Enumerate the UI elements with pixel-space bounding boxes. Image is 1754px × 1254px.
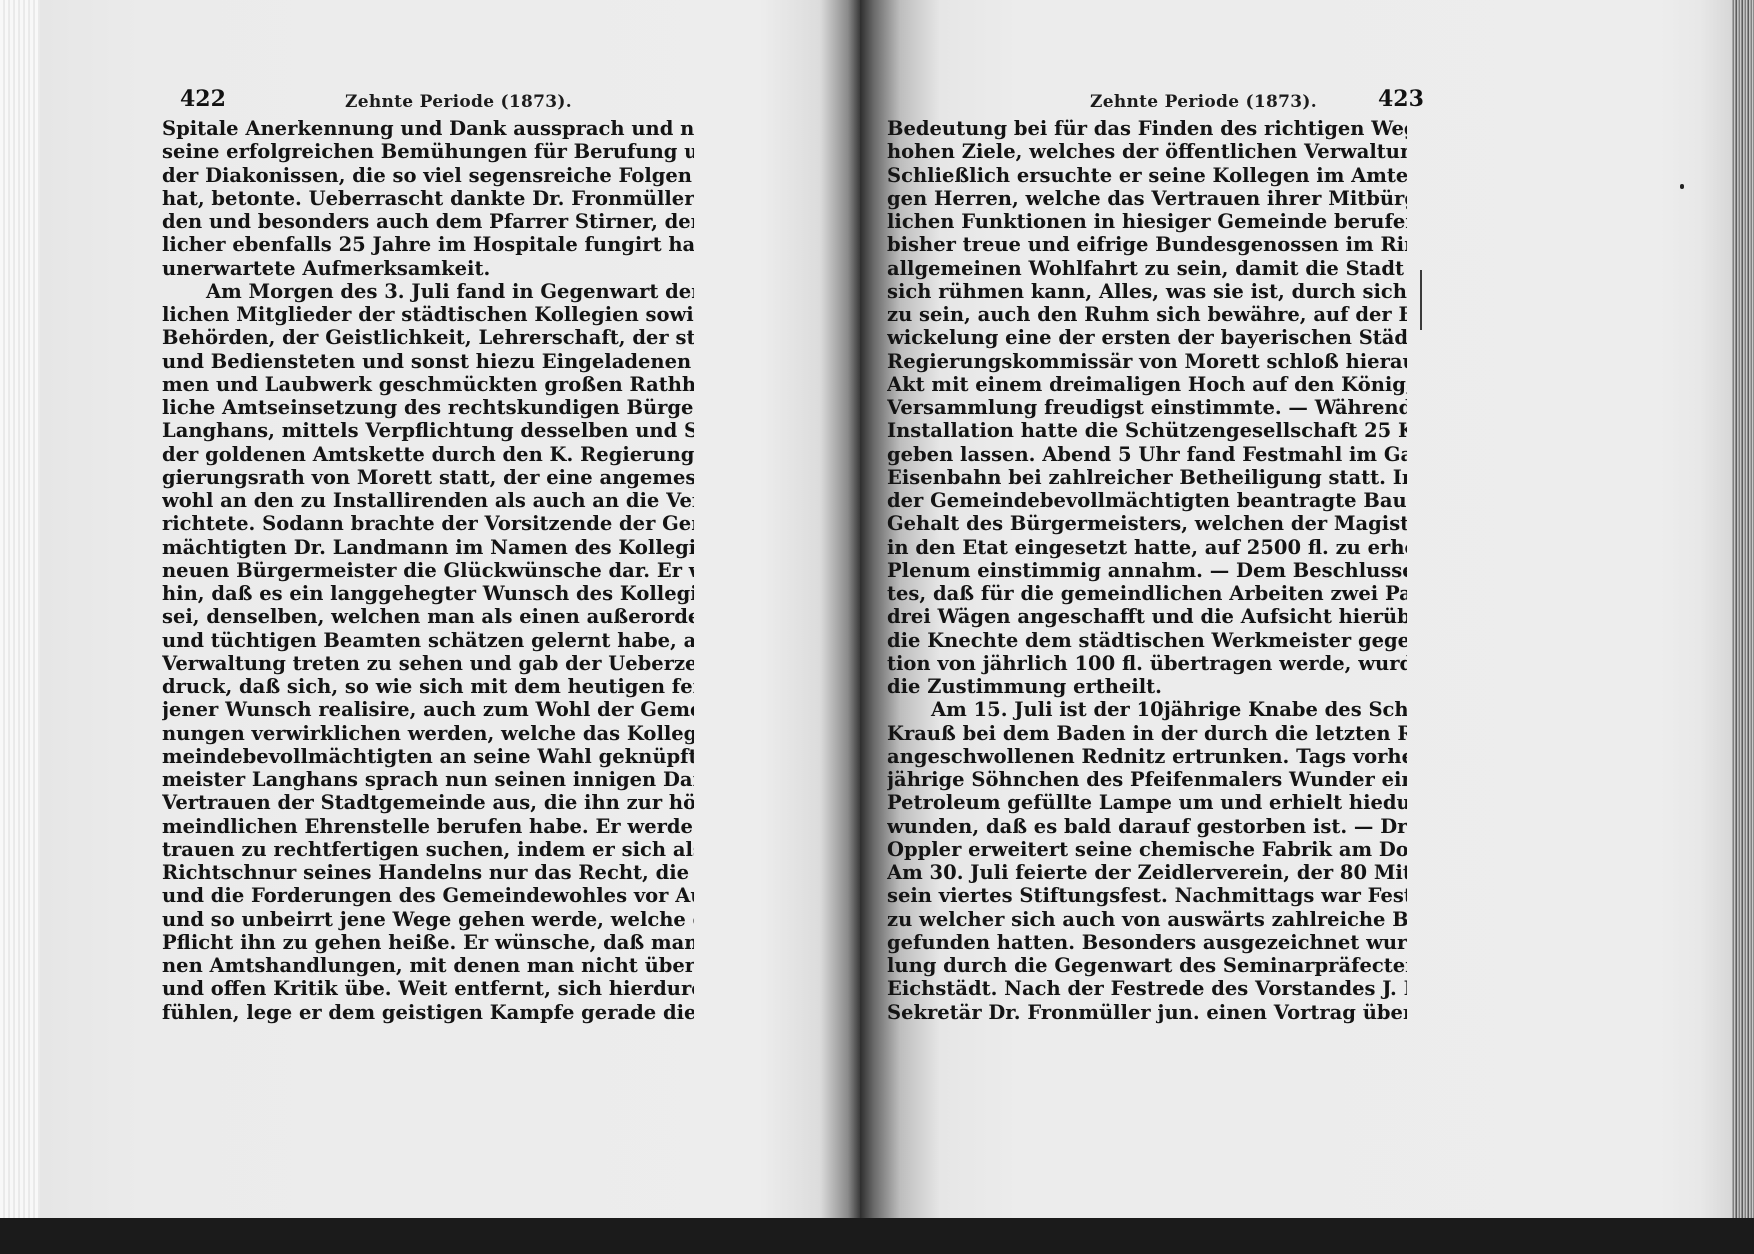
text-line: Sekretär Dr. Fronmüller jun. einen Vortr… [887, 1001, 1407, 1024]
text-line: der goldenen Amtskette durch den K. Regi… [162, 443, 694, 466]
margin-pencil-mark [1420, 270, 1422, 330]
text-line: und tüchtigen Beamten schätzen gelernt h… [162, 629, 694, 652]
text-line: drei Wägen angeschafft und die Aufsicht … [887, 605, 1407, 628]
running-title-left: Zehnte Periode (1873). [345, 88, 572, 118]
text-line: unerwartete Aufmerksamkeit. [162, 257, 694, 280]
left-page-body-text: Spitale Anerkennung und Dank aussprach u… [162, 117, 694, 1024]
page-stack-edge-left [0, 0, 40, 1240]
text-line: meindebevollmächtigten an seine Wahl gek… [162, 745, 694, 768]
text-line: allgemeinen Wohlfahrt zu sein, damit die… [887, 257, 1407, 280]
text-line: Am 30. Juli feierte der Zeidlerverein, d… [887, 861, 1407, 884]
text-line: jährige Söhnchen des Pfeifenmalers Wunde… [887, 768, 1407, 791]
text-line: der Diakonissen, die so viel segensreich… [162, 164, 694, 187]
text-line: meister Langhans sprach nun seinen innig… [162, 768, 694, 791]
text-line: trauen zu rechtfertigen suchen, indem er… [162, 838, 694, 861]
text-line: liche Amtseinsetzung des rechtskundigen … [162, 396, 694, 419]
text-line: wohl an den zu Installirenden als auch a… [162, 489, 694, 512]
text-line: hin, daß es ein langgehegter Wunsch des … [162, 582, 694, 605]
text-line: fühlen, lege er dem geistigen Kampfe ger… [162, 1001, 694, 1024]
text-line: den und besonders auch dem Pfarrer Stirn… [162, 210, 694, 233]
text-line: gierungsrath von Morett statt, der eine … [162, 466, 694, 489]
text-line: meindlichen Ehrenstelle berufen habe. Er… [162, 815, 694, 838]
text-line: wunden, daß es bald darauf gestorben ist… [887, 815, 1407, 838]
text-line: die Knechte dem städtischen Werkmeister … [887, 629, 1407, 652]
text-line: Regierungskommissär von Morett schloß hi… [887, 350, 1407, 373]
text-line: hohen Ziele, welches der öffentlichen Ve… [887, 140, 1407, 163]
text-line: jener Wunsch realisire, auch zum Wohl de… [162, 698, 694, 721]
text-line: Behörden, der Geistlichkeit, Lehrerschaf… [162, 326, 694, 349]
scan-bottom-border [0, 1218, 1754, 1240]
text-line: wickelung eine der ersten der bayerische… [887, 326, 1407, 349]
text-line: Installation hatte die Schützengesellsch… [887, 419, 1407, 442]
text-line: sich rühmen kann, Alles, was sie ist, du… [887, 280, 1407, 303]
margin-dot-mark [1680, 184, 1684, 189]
text-line: richtete. Sodann brachte der Vorsitzende… [162, 512, 694, 535]
text-line: geben lassen. Abend 5 Uhr fand Festmahl … [887, 443, 1407, 466]
text-line: Akt mit einem dreimaligen Hoch auf den K… [887, 373, 1407, 396]
text-line: hat, betonte. Ueberrascht dankte Dr. Fro… [162, 187, 694, 210]
text-line: Eichstädt. Nach der Festrede des Vorstan… [887, 977, 1407, 1000]
text-line: Spitale Anerkennung und Dank aussprach u… [162, 117, 694, 140]
text-line: in den Etat eingesetzt hatte, auf 2500 f… [887, 536, 1407, 559]
text-line: Versammlung freudigst einstimmte. — Währ… [887, 396, 1407, 419]
text-line: sei, denselben, welchen man als einen au… [162, 605, 694, 628]
text-line: nen Amtshandlungen, mit denen man nicht … [162, 954, 694, 977]
text-line: sein viertes Stiftungsfest. Nachmittags … [887, 884, 1407, 907]
text-line: und so unbeirrt jene Wege gehen werde, w… [162, 908, 694, 931]
text-line: die Zustimmung ertheilt. [887, 675, 1407, 698]
text-line: und offen Kritik übe. Weit entfernt, sic… [162, 977, 694, 1000]
running-title-right: Zehnte Periode (1873). [1090, 88, 1317, 118]
text-line: zu sein, auch den Ruhm sich bewähre, auf… [887, 303, 1407, 326]
text-line: zu welcher sich auch von auswärts zahlre… [887, 908, 1407, 931]
text-line: men und Laubwerk geschmückten großen Rat… [162, 373, 694, 396]
text-line: Plenum einstimmig annahm. — Dem Beschlus… [887, 559, 1407, 582]
text-line: Krauß bei dem Baden in der durch die let… [887, 722, 1407, 745]
page-number-right: 423 [1378, 86, 1424, 116]
text-line: tion von jährlich 100 fl. übertragen wer… [887, 652, 1407, 675]
page-stack-edge-right [1732, 0, 1754, 1240]
right-page-body-text: Bedeutung bei für das Finden des richtig… [887, 117, 1407, 1024]
text-line: Gehalt des Bürgermeisters, welchen der M… [887, 512, 1407, 535]
text-line: nungen verwirklichen werden, welche das … [162, 722, 694, 745]
text-line: lung durch die Gegenwart des Seminarpräf… [887, 954, 1407, 977]
text-line: Am 15. Juli ist der 10jährige Knabe des … [887, 698, 1407, 721]
text-line: angeschwollenen Rednitz ertrunken. Tags … [887, 745, 1407, 768]
right-page: Zehnte Periode (1873). 423 Bedeutung bei… [860, 0, 1754, 1240]
text-line: Schließlich ersuchte er seine Kollegen i… [887, 164, 1407, 187]
text-line: Pflicht ihn zu gehen heiße. Er wünsche, … [162, 931, 694, 954]
text-line: lichen Funktionen in hiesiger Gemeinde b… [887, 210, 1407, 233]
text-line: der Gemeindebevollmächtigten beantragte … [887, 489, 1407, 512]
text-line: Oppler erweitert seine chemische Fabrik … [887, 838, 1407, 861]
text-line: und die Forderungen des Gemeindewohles v… [162, 884, 694, 907]
text-line: gen Herren, welche das Vertrauen ihrer M… [887, 187, 1407, 210]
text-line: neuen Bürgermeister die Glückwünsche dar… [162, 559, 694, 582]
text-line: Langhans, mittels Verpflichtung desselbe… [162, 419, 694, 442]
page-number-left: 422 [180, 86, 226, 116]
book-spread: 422 Zehnte Periode (1873). Spitale Anerk… [0, 0, 1754, 1240]
text-line: seine erfolgreichen Bemühungen für Beruf… [162, 140, 694, 163]
text-line: licher ebenfalls 25 Jahre im Hospitale f… [162, 233, 694, 256]
text-line: lichen Mitglieder der städtischen Kolleg… [162, 303, 694, 326]
text-line: mächtigten Dr. Landmann im Namen des Kol… [162, 536, 694, 559]
text-line: tes, daß für die gemeindlichen Arbeiten … [887, 582, 1407, 605]
text-line: Richtschnur seines Handelns nur das Rech… [162, 861, 694, 884]
left-page: 422 Zehnte Periode (1873). Spitale Anerk… [0, 0, 860, 1240]
text-line: Am Morgen des 3. Juli fand in Gegenwart … [162, 280, 694, 303]
text-line: Eisenbahn bei zahlreicher Betheiligung s… [887, 466, 1407, 489]
text-line: Bedeutung bei für das Finden des richtig… [887, 117, 1407, 140]
text-line: Petroleum gefüllte Lampe um und erhielt … [887, 791, 1407, 814]
text-line: Vertrauen der Stadtgemeinde aus, die ihn… [162, 791, 694, 814]
text-line: druck, daß sich, so wie sich mit dem heu… [162, 675, 694, 698]
text-line: gefunden hatten. Besonders ausgezeichnet… [887, 931, 1407, 954]
text-line: bisher treue und eifrige Bundesgenossen … [887, 233, 1407, 256]
text-line: und Bediensteten und sonst hiezu Eingela… [162, 350, 694, 373]
text-line: Verwaltung treten zu sehen und gab der U… [162, 652, 694, 675]
